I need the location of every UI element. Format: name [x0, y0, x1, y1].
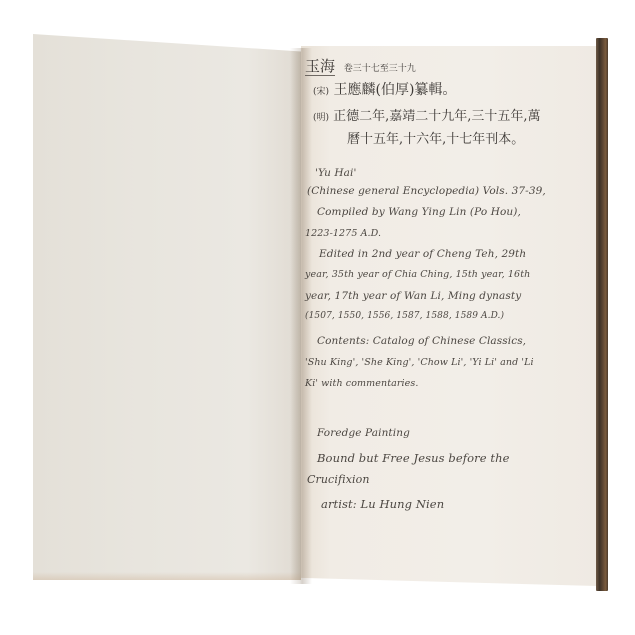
note-line-3: Compiled by Wang Ying Lin (Po Hou),	[317, 206, 521, 218]
note-line-10: 'Shu King', 'She King', 'Chow Li', 'Yi L…	[305, 357, 534, 368]
book-photo: 玉海 卷三十七至三十九 (宋) 王應麟(伯厚)纂輯。 (明) 正德二年,嘉靖二十…	[0, 0, 635, 635]
note-line-14: Crucifixion	[307, 473, 370, 486]
note-line-11: Ki' with commentaries.	[305, 378, 418, 389]
note-line-15: artist: Lu Hung Nien	[321, 497, 444, 511]
editions-chinese-1: 正德二年,嘉靖二十九年,三十五年,萬	[333, 109, 540, 124]
title-chinese: 玉海	[305, 57, 335, 76]
note-line-7: year, 17th year of Wan Li, Ming dynasty	[305, 290, 521, 302]
volumes-chinese: 卷三十七至三十九	[344, 64, 416, 74]
compiler-chinese: 王應麟(伯厚)纂輯。	[333, 82, 456, 98]
note-line-13: Bound but Free Jesus before the	[317, 451, 510, 465]
note-line-6: year, 35th year of Chia Ching, 15th year…	[305, 269, 530, 280]
left-page-blank	[33, 34, 301, 580]
note-line-4: 1223-1275 A.D.	[305, 228, 381, 239]
note-line-9: Contents: Catalog of Chinese Classics,	[317, 335, 526, 347]
editions-chinese-2: 曆十五年,十六年,十七年刊本。	[347, 128, 524, 147]
note-line-1: 'Yu Hai'	[315, 167, 356, 179]
note-line-2: (Chinese general Encyclopedia) Vols. 37-…	[307, 185, 546, 197]
fore-edge	[596, 38, 608, 591]
note-line-8: (1507, 1550, 1556, 1587, 1588, 1589 A.D.…	[305, 311, 504, 321]
note-line-12: Foredge Painting	[317, 427, 410, 439]
dynasty-ming: (明)	[313, 113, 329, 123]
dynasty-song: (宋)	[313, 87, 329, 97]
note-line-5: Edited in 2nd year of Cheng Teh, 29th	[319, 248, 526, 260]
